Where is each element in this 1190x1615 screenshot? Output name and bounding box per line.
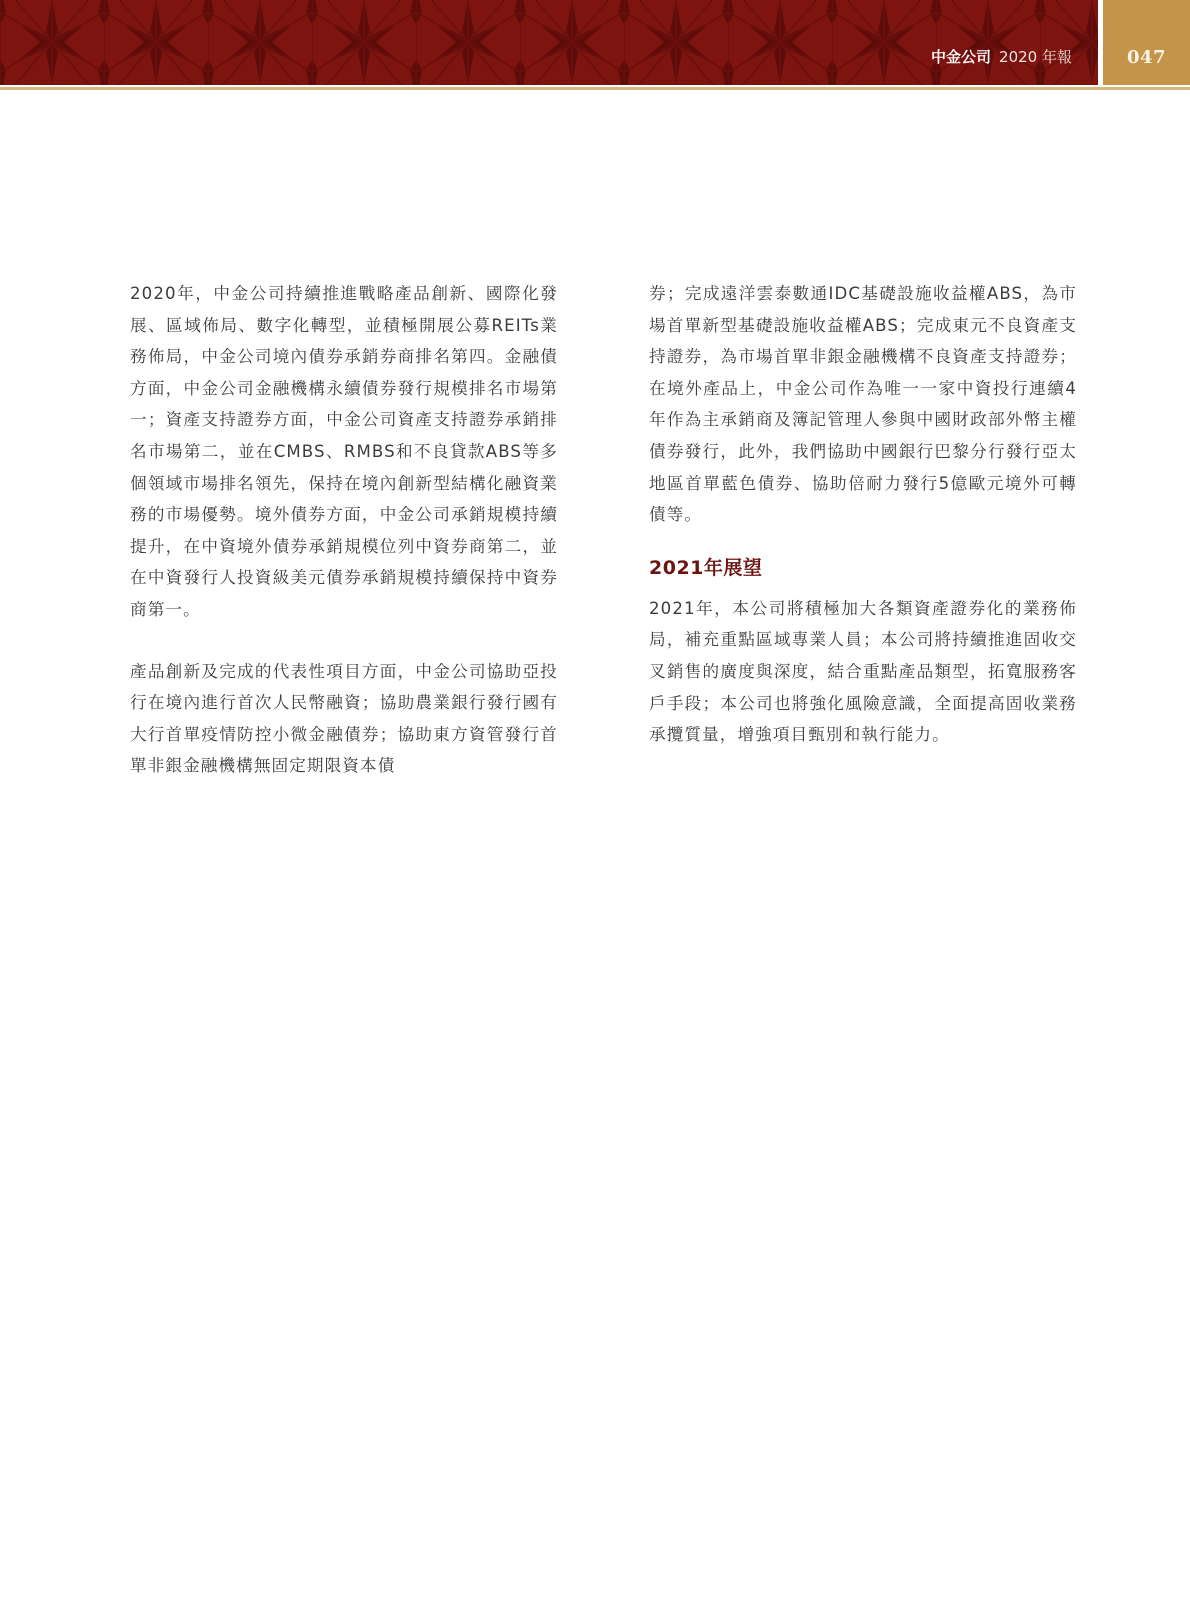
section-heading: 2021年展望 — [649, 555, 1077, 581]
company-name: 中金公司 — [931, 48, 991, 66]
running-head: 中金公司2020 年報 — [931, 47, 1072, 67]
body-paragraph: 券；完成遠洋雲泰數通IDC基礎設施收益權ABS，為市場首單新型基礎設施收益權AB… — [649, 278, 1077, 531]
body-paragraph: 2020年，中金公司持續推進戰略產品創新、國際化發展、區域佈局、數字化轉型，並積… — [130, 278, 558, 626]
page-number: 047 — [1127, 47, 1166, 68]
asanoha-pattern-icon — [0, 0, 1098, 85]
body-paragraph: 產品創新及完成的代表性項目方面，中金公司協助亞投行在境內進行首次人民幣融資；協助… — [130, 656, 558, 782]
page-number-box: 047 — [1103, 0, 1190, 85]
right-column: 券；完成遠洋雲泰數通IDC基礎設施收益權ABS，為市場首單新型基礎設施收益權AB… — [649, 278, 1077, 751]
decorative-pattern-banner — [0, 0, 1098, 85]
outlook-paragraph: 2021年，本公司將積極加大各類資產證券化的業務佈局，補充重點區域專業人員；本公… — [649, 593, 1077, 751]
left-column: 2020年，中金公司持續推進戰略產品創新、國際化發展、區域佈局、數字化轉型，並積… — [130, 278, 558, 782]
header-gold-rule — [0, 87, 1190, 90]
page-header: 中金公司2020 年報 047 — [0, 0, 1190, 92]
report-title: 2020 年報 — [999, 48, 1072, 66]
